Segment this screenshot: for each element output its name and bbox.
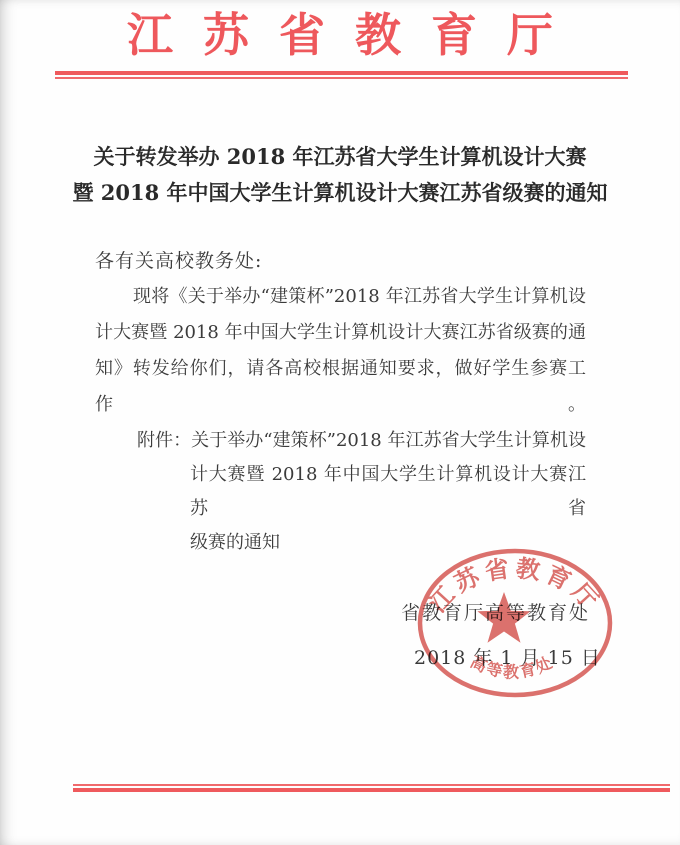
document-page: 江苏省教育厅 关于转发举办 2018 年江苏省大学生计算机设计大赛 暨 2018… bbox=[0, 0, 680, 845]
doc-title: 关于转发举办 2018 年江苏省大学生计算机设计大赛 暨 2018 年中国大学生… bbox=[0, 139, 680, 211]
attachment-label: 附件： bbox=[137, 430, 191, 451]
letterhead-org-name: 江苏省教育厅 bbox=[0, 4, 680, 66]
paragraph-line-3: 知》转发给你们，请各高校根据通知要求，做好学生参赛工作。 bbox=[95, 351, 586, 423]
body-paragraph: 现将《关于举办“建策杯”2018 年江苏省大学生计算机设 计大赛暨 2018 年… bbox=[95, 279, 586, 423]
letterhead-rule bbox=[55, 71, 628, 79]
signature-date: 2018 年 1 月 15 日 bbox=[414, 643, 601, 670]
attachment-line-2: 计大赛暨 2018 年中国大学生计算机设计大赛江苏省 bbox=[137, 458, 586, 526]
salutation: 各有关高校教务处: bbox=[95, 246, 262, 273]
footer-rule-thick bbox=[73, 788, 670, 792]
doc-title-line-1: 关于转发举办 2018 年江苏省大学生计算机设计大赛 bbox=[0, 139, 680, 175]
letterhead-rule-thin bbox=[55, 77, 628, 79]
paragraph-line-1: 现将《关于举办“建策杯”2018 年江苏省大学生计算机设 bbox=[95, 279, 586, 315]
signature-department: 省教育厅高等教育处 bbox=[401, 598, 590, 625]
footer-rule bbox=[73, 784, 670, 792]
doc-title-line-2: 暨 2018 年中国大学生计算机设计大赛江苏省级赛的通知 bbox=[0, 175, 680, 211]
paragraph-line-2: 计大赛暨 2018 年中国大学生计算机设计大赛江苏省级赛的通 bbox=[95, 315, 586, 351]
attachment-line-1: 附件：关于举办“建策杯”2018 年江苏省大学生计算机设 bbox=[137, 424, 586, 458]
attachment-text-1: 关于举办“建策杯”2018 年江苏省大学生计算机设 bbox=[191, 430, 586, 451]
attachment-note: 附件：关于举办“建策杯”2018 年江苏省大学生计算机设 计大赛暨 2018 年… bbox=[137, 424, 586, 560]
attachment-line-3: 级赛的通知 bbox=[137, 526, 586, 560]
